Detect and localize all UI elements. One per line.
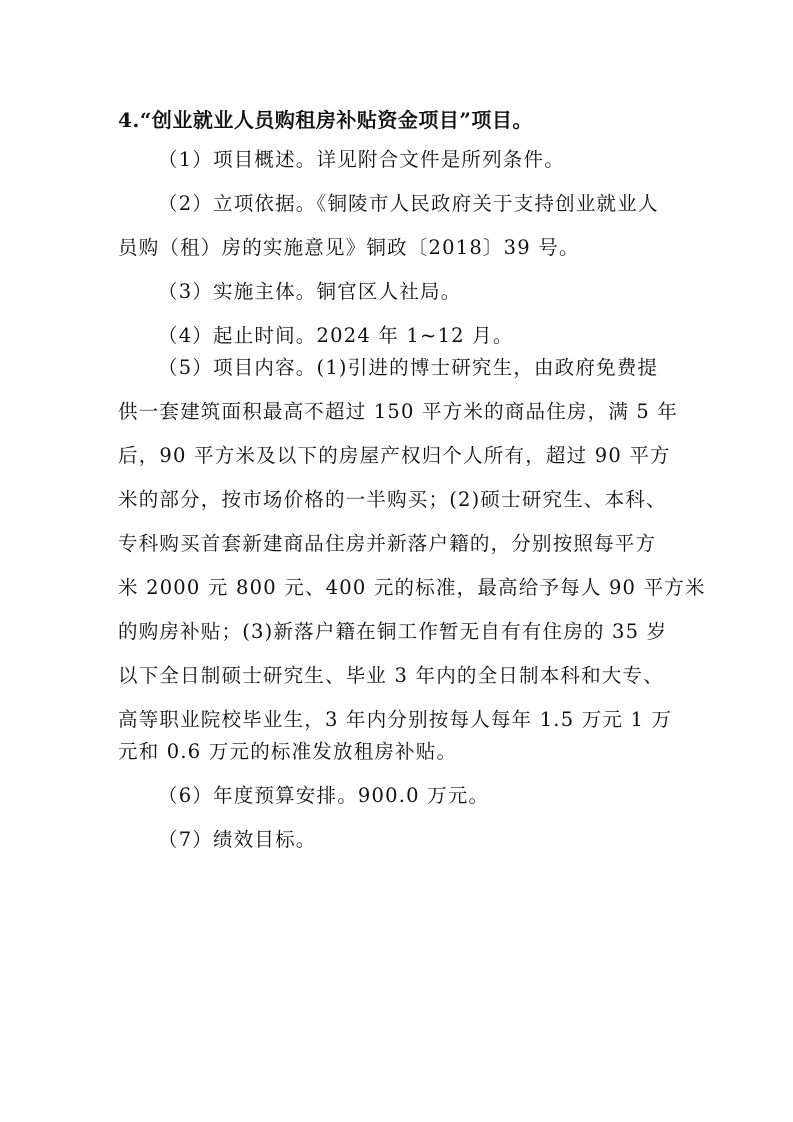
item-content-line-9: 高等职业院校毕业生，3 年内分别按每人每年 1.5 万元 1 万 xyxy=(118,708,672,732)
item-period: （4）起止时间。2024 年 1~12 月。 xyxy=(158,324,514,348)
item-budget: （6）年度预算安排。900.0 万元。 xyxy=(158,784,489,808)
document-page: 4.“创业就业人员购租房补贴资金项目”项目。 （1）项目概述。详见附合文件是所列… xyxy=(0,0,793,1122)
item-content-line-2: 供一套建筑面积最高不超过 150 平方米的商品住房，满 5 年 xyxy=(118,400,678,424)
item-basis-line-1: （2）立项依据。《铜陵市人民政府关于支持创业就业人 xyxy=(158,192,659,216)
section-heading: 4.“创业就业人员购租房补贴资金项目”项目。 xyxy=(118,104,533,133)
item-basis-line-2: 员购（租）房的实施意见》铜政〔2018〕39 号。 xyxy=(118,236,580,260)
item-content-line-5: 专科购买首套新建商品住房并新落户籍的，分别按照每平方 xyxy=(118,532,656,556)
item-implementer: （3）实施主体。铜官区人社局。 xyxy=(158,280,461,304)
item-content-line-7: 的购房补贴；(3)新落户籍在铜工作暂无自有有住房的 35 岁 xyxy=(118,620,667,644)
item-overview: （1）项目概述。详见附合文件是所列条件。 xyxy=(158,148,565,172)
item-performance-goals: （7）绩效目标。 xyxy=(158,828,317,852)
item-content-line-1: （5）项目内容。(1)引进的博士研究生，由政府免费提 xyxy=(158,356,658,380)
item-content-line-10: 元和 0.6 万元的标准发放租房补贴。 xyxy=(118,740,457,764)
item-content-line-3: 后，90 平方米及以下的房屋产权归个人所有，超过 90 平方 xyxy=(118,444,671,468)
item-content-line-4: 米的部分，按市场价格的一半购买；(2)硕士研究生、本科、 xyxy=(118,488,667,512)
item-content-line-8: 以下全日制硕士研究生、毕业 3 年内的全日制本科和大专、 xyxy=(118,664,664,688)
item-content-line-6: 米 2000 元 800 元、400 元的标准，最高给予每人 90 平方米 xyxy=(118,576,706,600)
